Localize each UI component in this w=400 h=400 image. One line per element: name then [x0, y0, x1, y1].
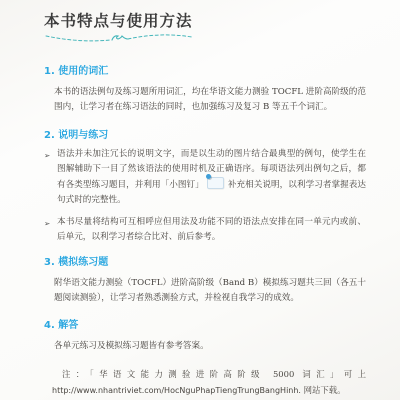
arrow-bullet-icon: ➢	[44, 147, 57, 208]
footnote: 注：「华语文能力测验进阶高阶级 5000 词汇」可上 http://www.nh…	[44, 366, 366, 399]
pushpin-head-icon	[206, 174, 211, 179]
bullet-item-2: ➢ 本书尽量将结构可互相呼应但用法及功能不同的语法点安排在同一单元内或前、后单元…	[44, 215, 366, 245]
section-paragraph-answers: 各单元练习及模拟练习题皆有参考答案。	[44, 339, 366, 354]
section-paragraph-vocabulary: 本书的语法例句及练习题所用词汇，均在华语文能力测验 TOCFL 进阶高阶级的范围…	[44, 85, 366, 115]
book-page: 本书特点与使用方法 1. 使用的词汇 本书的语法例句及练习题所用词汇，均在华语文…	[0, 0, 400, 400]
footnote-url: http://www.nhantriviet.com/HocNguPhapTie…	[52, 386, 301, 395]
section-heading-vocabulary: 1. 使用的词汇	[44, 66, 366, 78]
section-heading-explanation: 2. 说明与练习	[44, 130, 366, 142]
bullet-text-2: 本书尽量将结构可互相呼应但用法及功能不同的语法点安排在同一单元内或前、后单元，以…	[57, 215, 366, 245]
section-heading-answers: 4. 解答	[44, 320, 366, 332]
section-paragraph-mock-tests: 附华语文能力测验（TOCFL）进阶高阶级（Band B）模拟练习题共三回（各五十…	[44, 276, 366, 306]
bullet-text-1: 语法并未加注冗长的说明文字，而是以生动的图片结合最典型的例句，使学生在图解辅助下…	[57, 147, 366, 208]
pushpin-note-icon	[207, 177, 224, 189]
bullet-item-1: ➢ 语法并未加注冗长的说明文字，而是以生动的图片结合最典型的例句，使学生在图解辅…	[44, 147, 366, 208]
title-underline-decoration	[44, 31, 194, 44]
page-title: 本书特点与使用方法	[44, 12, 366, 30]
section-heading-mock-tests: 3. 模拟练习题	[44, 257, 366, 269]
footnote-prefix: 注：「华语文能力测验进阶高阶级 5000 词汇」可上	[62, 369, 366, 379]
footnote-suffix: 网站下载。	[301, 385, 346, 395]
arrow-bullet-icon: ➢	[44, 215, 57, 245]
